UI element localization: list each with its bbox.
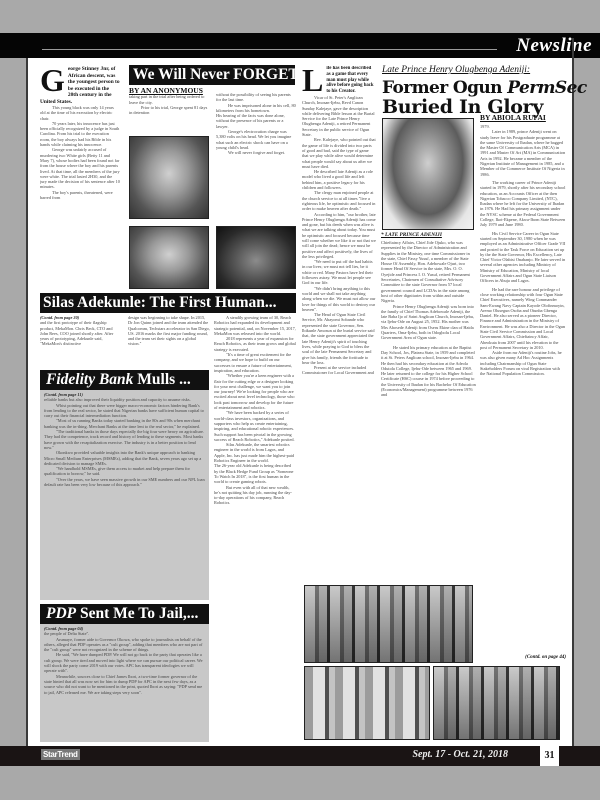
paragraph: 70 years later, his innocence has just b…: [40, 121, 120, 147]
paragraph: The clergy man enjoined people at the ch…: [302, 190, 376, 211]
paragraph: His hearing of the facts was done alone,…: [216, 113, 296, 129]
masthead-band: Newsline: [0, 33, 600, 58]
paragraph: Aside from mr Adeniji's routine Jobs, he…: [480, 350, 566, 376]
paragraph: But even with all of that new wealth, he…: [214, 485, 296, 506]
page-edge-right: [572, 38, 574, 746]
page-footer: StarTrend Sept. 17 - Oct. 21, 2018 31: [0, 746, 600, 766]
paragraph: Okonkwo provided valuable insights into …: [44, 450, 206, 466]
paragraph: Whist pointing out that there were bigge…: [44, 403, 206, 419]
stinney-article-col3: without the possibility of seeing his pa…: [216, 92, 296, 222]
fidelity-article-body: (Contd. from page 11) reliable banks but…: [44, 392, 206, 597]
paragraph: Meanwhile, sources close to Chief James …: [44, 674, 206, 695]
paragraph: He had the rare honour and privilege of …: [480, 287, 566, 351]
headline-rest: Mulls ...: [133, 371, 190, 388]
paragraph: "It's a time of great excitement for the…: [214, 352, 296, 373]
paragraph: and the first prototype of their flagshi…: [40, 320, 120, 346]
silas-article-col2: design was beginning to take shape. In 2…: [128, 315, 210, 360]
paragraph: "We didn't bring anything to this world …: [302, 286, 376, 312]
headline-rest: Sent Me To Jail,...: [76, 605, 198, 622]
paragraph: without the possibility of seeing his pa…: [216, 92, 296, 103]
publication-logo: StarTrend: [41, 749, 80, 760]
headline-adeniji-line1: Former Ogun PermSec: [382, 79, 567, 97]
paragraph: His Civil Service Career in Ogun State s…: [480, 231, 566, 284]
paragraph: taking part in the trial after being ord…: [129, 94, 209, 105]
paragraph: He described late Adeniji as a role mode…: [302, 169, 376, 190]
paragraph: Later in 1989, prince Adeniji went on st…: [480, 129, 566, 177]
headline-italic: PDP: [46, 605, 76, 622]
page-number: 31: [540, 746, 559, 766]
silas-article-col3: A steadily growing team of 30, Reach Rob…: [214, 315, 296, 740]
paragraph: Present at the service included Commissi…: [302, 365, 376, 376]
paragraph: According to him, "our brother, late Pri…: [302, 212, 376, 260]
photo-adeniji-portrait: [382, 118, 474, 230]
adeniji-article-col2: Chieftaincy Affairs, Chief Jide Ojuko, w…: [381, 240, 476, 576]
paragraph: "We have been backed by a series of worl…: [214, 410, 296, 442]
contd-next-note: (Contd. on page 44): [480, 655, 566, 660]
photo-burial-congregation-1: [304, 585, 473, 663]
paragraph: "We handhold MSMEs, give them access to …: [44, 466, 206, 477]
paragraph: He was imprisoned alone in his cell, 80 …: [216, 103, 296, 114]
kicker: Late Prince Henry Olugbenga Adeniji:: [382, 65, 567, 79]
photo-burial-congregation-3: [433, 666, 560, 740]
masthead-rule: [197, 49, 497, 50]
adeniji-article-col3: 1979. Later in 1989, prince Adeniji went…: [480, 124, 566, 689]
dropcap: L: [302, 67, 323, 93]
paragraph: reliable banks but also improved their l…: [44, 397, 206, 402]
byline: BY AN ANONYMOUS: [129, 88, 209, 93]
paragraph: We will never forgive and forget.: [216, 150, 296, 155]
paragraph: Arumaye, former aide to Governor Okowa, …: [44, 637, 206, 653]
paragraph: Prior to his trial, George spent 81 days…: [129, 105, 209, 116]
headline-pdp: PDP Sent Me To Jail,...: [40, 604, 209, 624]
paragraph: design was beginning to take shape. In 2…: [128, 315, 210, 347]
paragraph: This young black was only 14 years old a…: [40, 105, 120, 121]
silas-article-col1: (Contd. from page 30) and the first prot…: [40, 315, 120, 360]
headline-fidelity: Fidelity Bank Mulls ...: [40, 370, 209, 390]
paragraph: Silas Adekunle, the smartest robotics en…: [214, 442, 296, 463]
section-title: Newsline: [516, 35, 592, 57]
paragraph: Chieftaincy Affairs, Chief Jide Ojuko, w…: [381, 240, 476, 304]
paragraph: "Whether you're a keen engineer with a f…: [214, 373, 296, 410]
paragraph: George was unfairly accused of murdering…: [40, 147, 120, 189]
page-edge-left: [26, 58, 28, 746]
paragraph: "We need to put off the bad habits in ou…: [302, 259, 376, 285]
paragraph: He stated his primary education at the B…: [381, 345, 476, 398]
paragraph: He said, "We have dumped PDP. We will no…: [44, 652, 206, 673]
stinney-article-col2: BY AN ANONYMOUS taking part in the trial…: [129, 88, 209, 136]
paragraph: Prince Henry Olugbenga Adeniji was born …: [381, 304, 476, 341]
paragraph: "The traditional banks in those days esp…: [44, 429, 206, 450]
paragraph: The 26-year old Adekunle is being descri…: [214, 463, 296, 484]
paragraph: "Over the years, we have seen massive gr…: [44, 477, 206, 488]
photo-electric-chair: [216, 226, 296, 289]
paragraph: George's electrocution charge was 5,380 …: [216, 129, 296, 150]
paragraph: "Most of us running Banks today started …: [44, 418, 206, 429]
photo-stinney-1: [129, 136, 209, 219]
issue-date: Sept. 17 - Oct. 21, 2018: [412, 749, 508, 760]
headline-italic: Fidelity Bank: [46, 371, 133, 388]
adeniji-article-col1: L ife has been described as a game that …: [302, 66, 376, 584]
headline-never-forget: We Will Never FORGET!!: [129, 65, 295, 85]
headline-silas: Silas Adekunle: The First Human...: [40, 293, 296, 313]
paragraph: Vicar of St. Peter's Anglican Church, Im…: [302, 95, 376, 137]
headline-italic: PermSec: [507, 78, 586, 98]
photo-stinney-2: [129, 226, 209, 289]
pdp-article-body: (Contd. from page 04) the people of Delt…: [44, 626, 206, 740]
paragraph: The working career of Prince Adeniji sta…: [480, 180, 566, 228]
stinney-article-col1: G eorge Stinney Jnr, of African descent,…: [40, 66, 120, 288]
headline-plain: Former Ogun: [382, 78, 507, 98]
masthead-rule: [42, 49, 197, 50]
dropcap: G: [40, 67, 65, 93]
paragraph: The Head of Ogun State Civil Service, Mr…: [302, 312, 376, 365]
paragraph: Rev. Kalejaye, who pointed out that the …: [302, 137, 376, 169]
paragraph: A steadily growing team of 30, Reach Rob…: [214, 315, 296, 336]
photo-burial-congregation-2: [304, 666, 430, 740]
paragraph: The boy's parents, threatened, were barr…: [40, 190, 120, 201]
byline: BY ABIOLA RUFAI: [480, 113, 566, 122]
paragraph: 2018 represents a year of expansion for …: [214, 336, 296, 352]
photo-caption: * LATE PRINCE ADENIJI: [381, 232, 477, 238]
